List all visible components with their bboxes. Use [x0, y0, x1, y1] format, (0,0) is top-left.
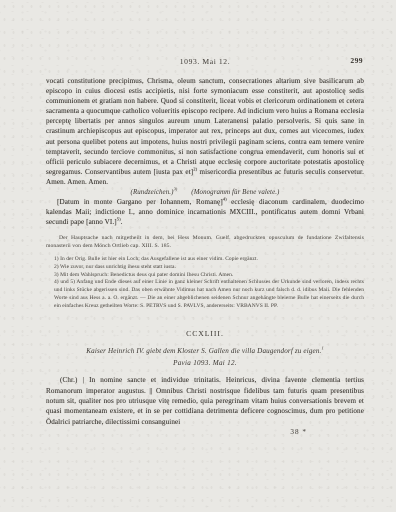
charter-text-main: vocati constitutione precipimus, Chrisma…: [46, 77, 364, 176]
scanned-book-page: { "colors": { "paper": "#e9e8e4", "ink":…: [0, 0, 396, 512]
charter-title-text: Kaiser Heinrich IV. giebt dem Kloster S.…: [86, 347, 321, 355]
charter-dateline: Pavia 1093. Mai 12.: [46, 359, 364, 367]
header-date: 1093. Mai 12.: [180, 57, 230, 66]
sheet-signature: 38 *: [46, 428, 364, 436]
charter-body-2: (Chr.) | In nomine sancte et individue t…: [46, 375, 364, 427]
footnote-line-4-5: 4) und 5) Anfang und Ende dieses auf ein…: [46, 279, 364, 310]
page-number: 299: [350, 56, 363, 65]
monogramm-label: (Monogramm für Bene valete.): [191, 189, 279, 196]
rundzeichen-label: (Rundzeichen.): [131, 189, 174, 196]
source-note: Der Hauptsache nach mitgetheilt in dem, …: [46, 234, 364, 250]
section-number: CCXLIII.: [46, 329, 364, 338]
datum-paragraph: [Datum in monte Gargano per Iohannem, Ro…: [46, 197, 364, 227]
footnote-line-1: 1) In der Orig. Bulle ist hier ein Loch;…: [46, 256, 364, 264]
footnote-mark-3: 3): [173, 187, 177, 192]
datum-pre: [Datum in monte Gargano per Iohannem, Ro…: [57, 198, 223, 206]
datum-end: .: [121, 218, 123, 226]
page: 1093. Mai 12. 299 vocati constitutione p…: [46, 57, 364, 436]
charter-title: Kaiser Heinrich IV. giebt dem Kloster S.…: [46, 347, 364, 355]
footnote-line-2: 2) Wie zuvor, nur dass unrichtig ihesu s…: [46, 264, 364, 272]
page-header: 1093. Mai 12. 299: [46, 57, 364, 66]
charter-text: vocati constitutione precipimus, Chrisma…: [46, 76, 364, 187]
seal-symbols-line: (Rundzeichen.)3)(Monogramm für Bene vale…: [46, 189, 364, 196]
title-footnote-mark: 1: [321, 346, 323, 351]
footnotes-block: 1) In der Orig. Bulle ist hier ein Loch;…: [46, 256, 364, 310]
